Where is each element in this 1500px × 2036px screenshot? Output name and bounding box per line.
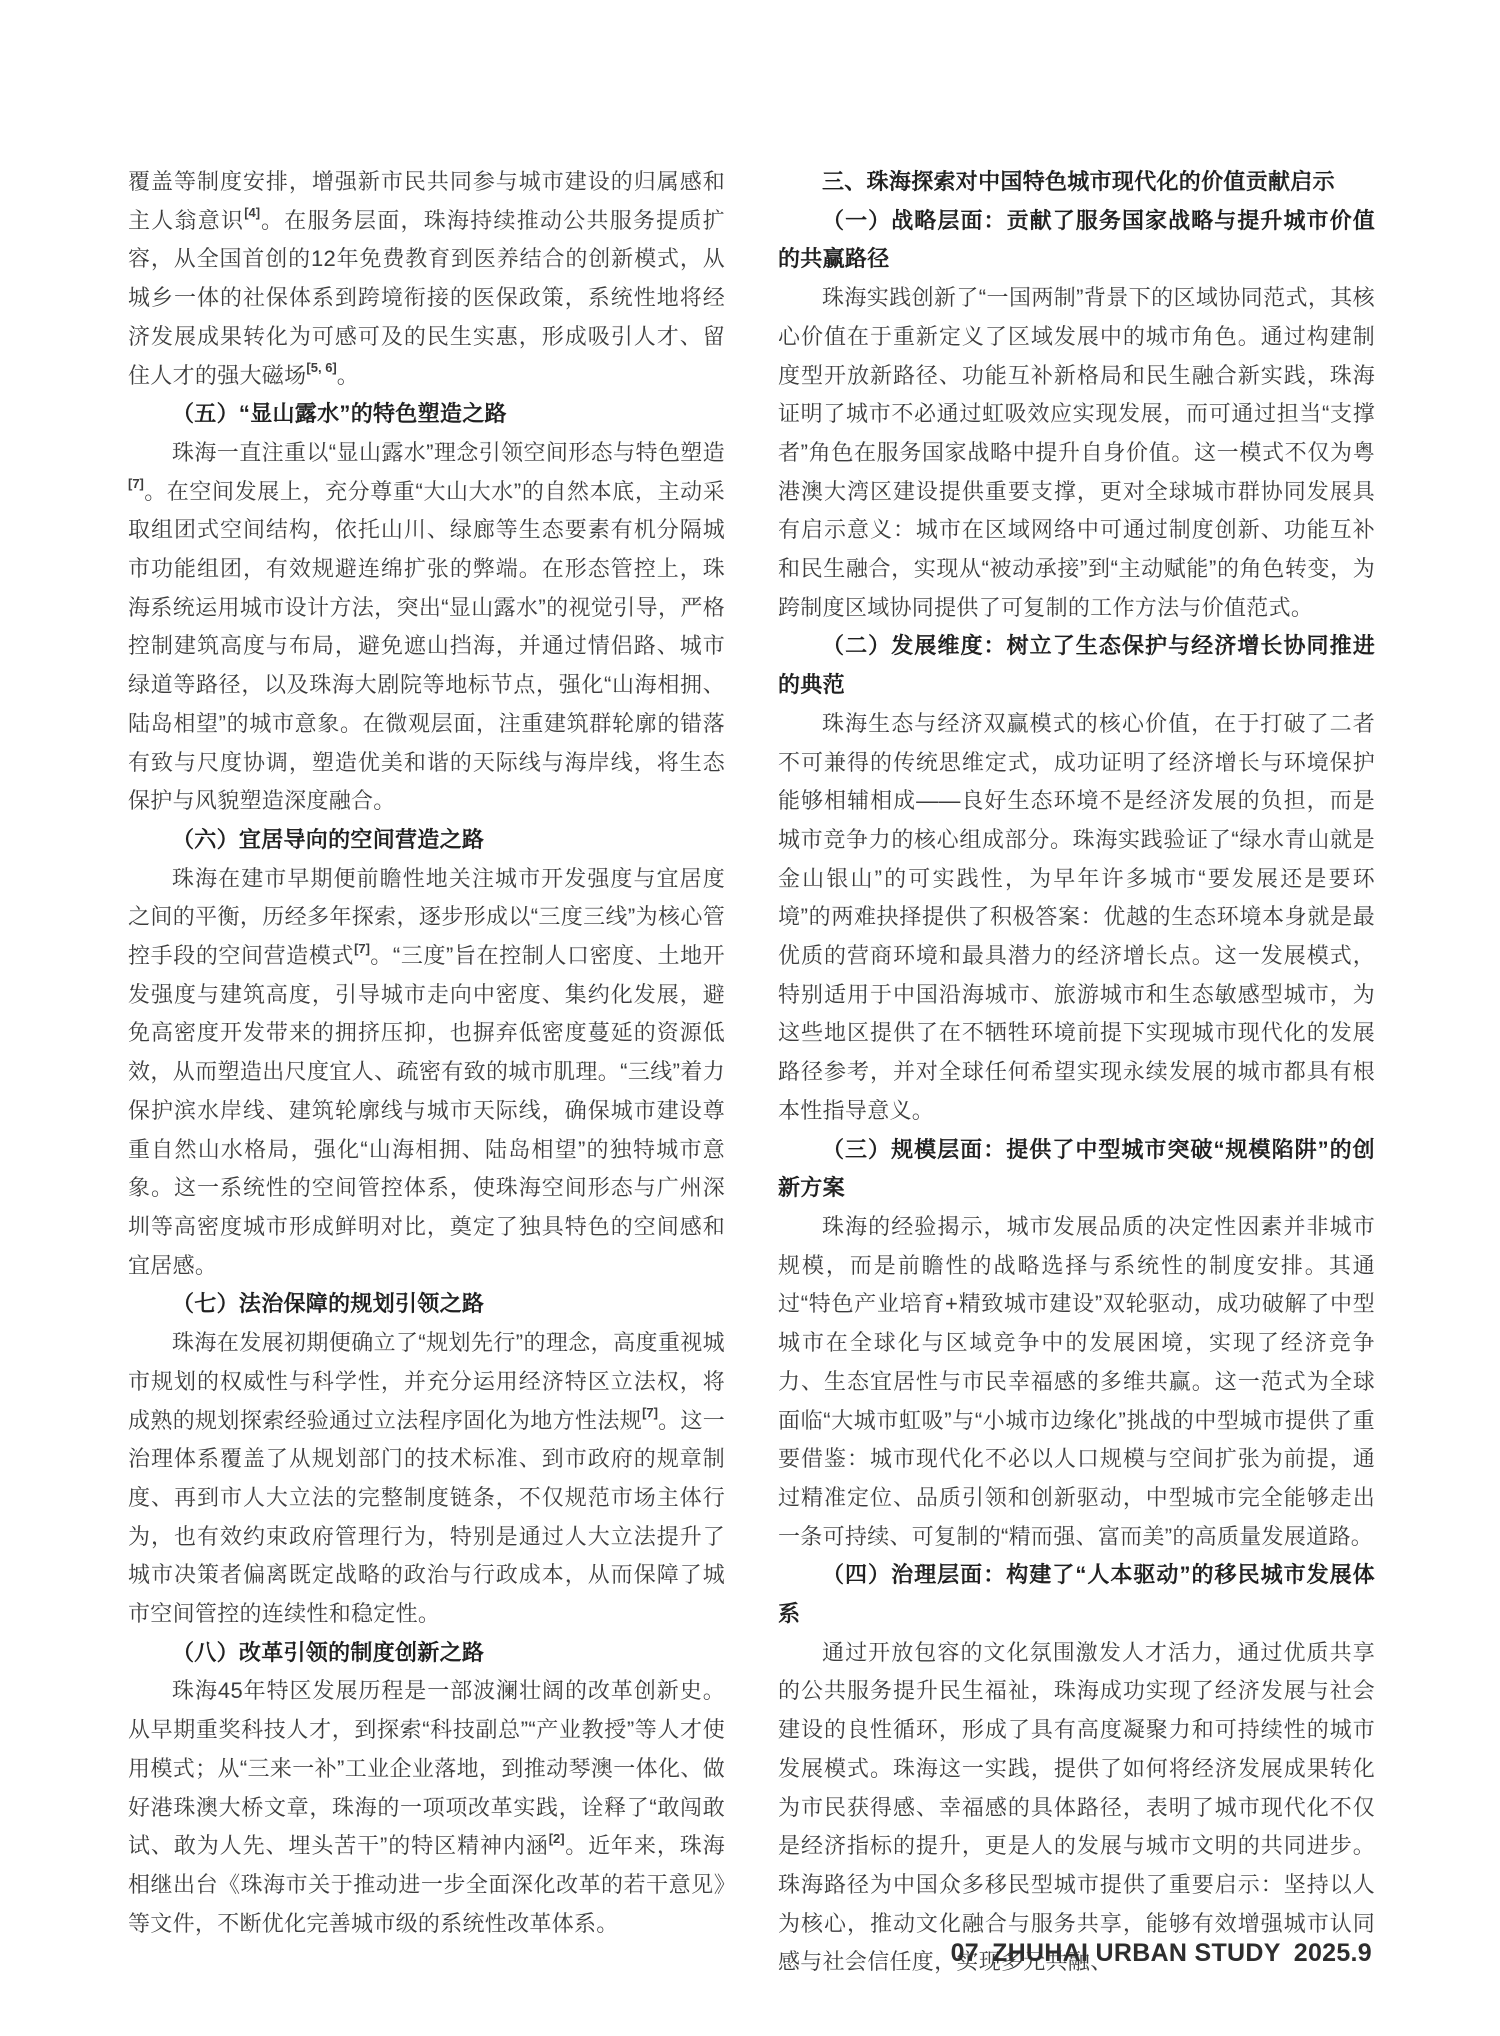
section-heading: （五）“显山露水”的特色塑造之路 [128, 395, 725, 434]
body-paragraph: 珠海生态与经济双赢模式的核心价值，在于打破了二者不可兼得的传统思维定式，成功证明… [778, 705, 1375, 1131]
citation-superscript: [7] [128, 476, 144, 491]
section-heading: （七）法治保障的规划引领之路 [128, 1285, 725, 1324]
section-heading: （八）改革引领的制度创新之路 [128, 1634, 725, 1673]
body-paragraph: 珠海在发展初期便确立了“规划先行”的理念，高度重视城市规划的权威性与科学性，并充… [128, 1324, 725, 1634]
section-heading: （四）治理层面：构建了“人本驱动”的移民城市发展体系 [778, 1556, 1375, 1633]
page-footer: 07 ZHUHAI URBAN STUDY 2025.9 [951, 1939, 1372, 1968]
section-heading: （二）发展维度：树立了生态保护与经济增长协同推进的典范 [778, 627, 1375, 704]
citation-superscript: [5, 6] [306, 360, 336, 375]
citation-superscript: [4] [244, 205, 260, 220]
section-heading: （六）宜居导向的空间营造之路 [128, 821, 725, 860]
body-paragraph: 珠海45年特区发展历程是一部波澜壮阔的改革创新史。从早期重奖科技人才，到探索“科… [128, 1672, 725, 1943]
body-paragraph: 珠海实践创新了“一国两制”背景下的区域协同范式，其核心价值在于重新定义了区域发展… [778, 279, 1375, 627]
citation-superscript: [7] [642, 1405, 658, 1420]
journal-name: ZHUHAI URBAN STUDY [992, 1939, 1281, 1968]
citation-superscript: [7] [354, 941, 370, 956]
right-text-column: 三、珠海探索对中国特色城市现代化的价值贡献启示（一）战略层面：贡献了服务国家战略… [778, 163, 1375, 1982]
section-heading: 三、珠海探索对中国特色城市现代化的价值贡献启示 [778, 163, 1375, 202]
section-heading: （一）战略层面：贡献了服务国家战略与提升城市价值的共赢路径 [778, 202, 1375, 279]
body-paragraph: 通过开放包容的文化氛围激发人才活力，通过优质共享的公共服务提升民生福祉，珠海成功… [778, 1634, 1375, 1982]
page-number: 07 [951, 1939, 979, 1968]
journal-page: 覆盖等制度安排，增强新市民共同参与城市建设的归属感和主人翁意识[4]。在服务层面… [0, 0, 1500, 2036]
body-paragraph: 覆盖等制度安排，增强新市民共同参与城市建设的归属感和主人翁意识[4]。在服务层面… [128, 163, 725, 395]
body-paragraph: 珠海在建市早期便前瞻性地关注城市开发强度与宜居度之间的平衡，历经多年探索，逐步形… [128, 860, 725, 1286]
issue-number: 2025.9 [1294, 1939, 1372, 1968]
section-heading: （三）规模层面：提供了中型城市突破“规模陷阱”的创新方案 [778, 1131, 1375, 1208]
left-text-column: 覆盖等制度安排，增强新市民共同参与城市建设的归属感和主人翁意识[4]。在服务层面… [128, 163, 725, 1943]
body-paragraph: 珠海一直注重以“显山露水”理念引领空间形态与特色塑造[7]。在空间发展上，充分尊… [128, 434, 725, 821]
citation-superscript: [2] [549, 1831, 565, 1846]
body-paragraph: 珠海的经验揭示，城市发展品质的决定性因素并非城市规模，而是前瞻性的战略选择与系统… [778, 1208, 1375, 1556]
